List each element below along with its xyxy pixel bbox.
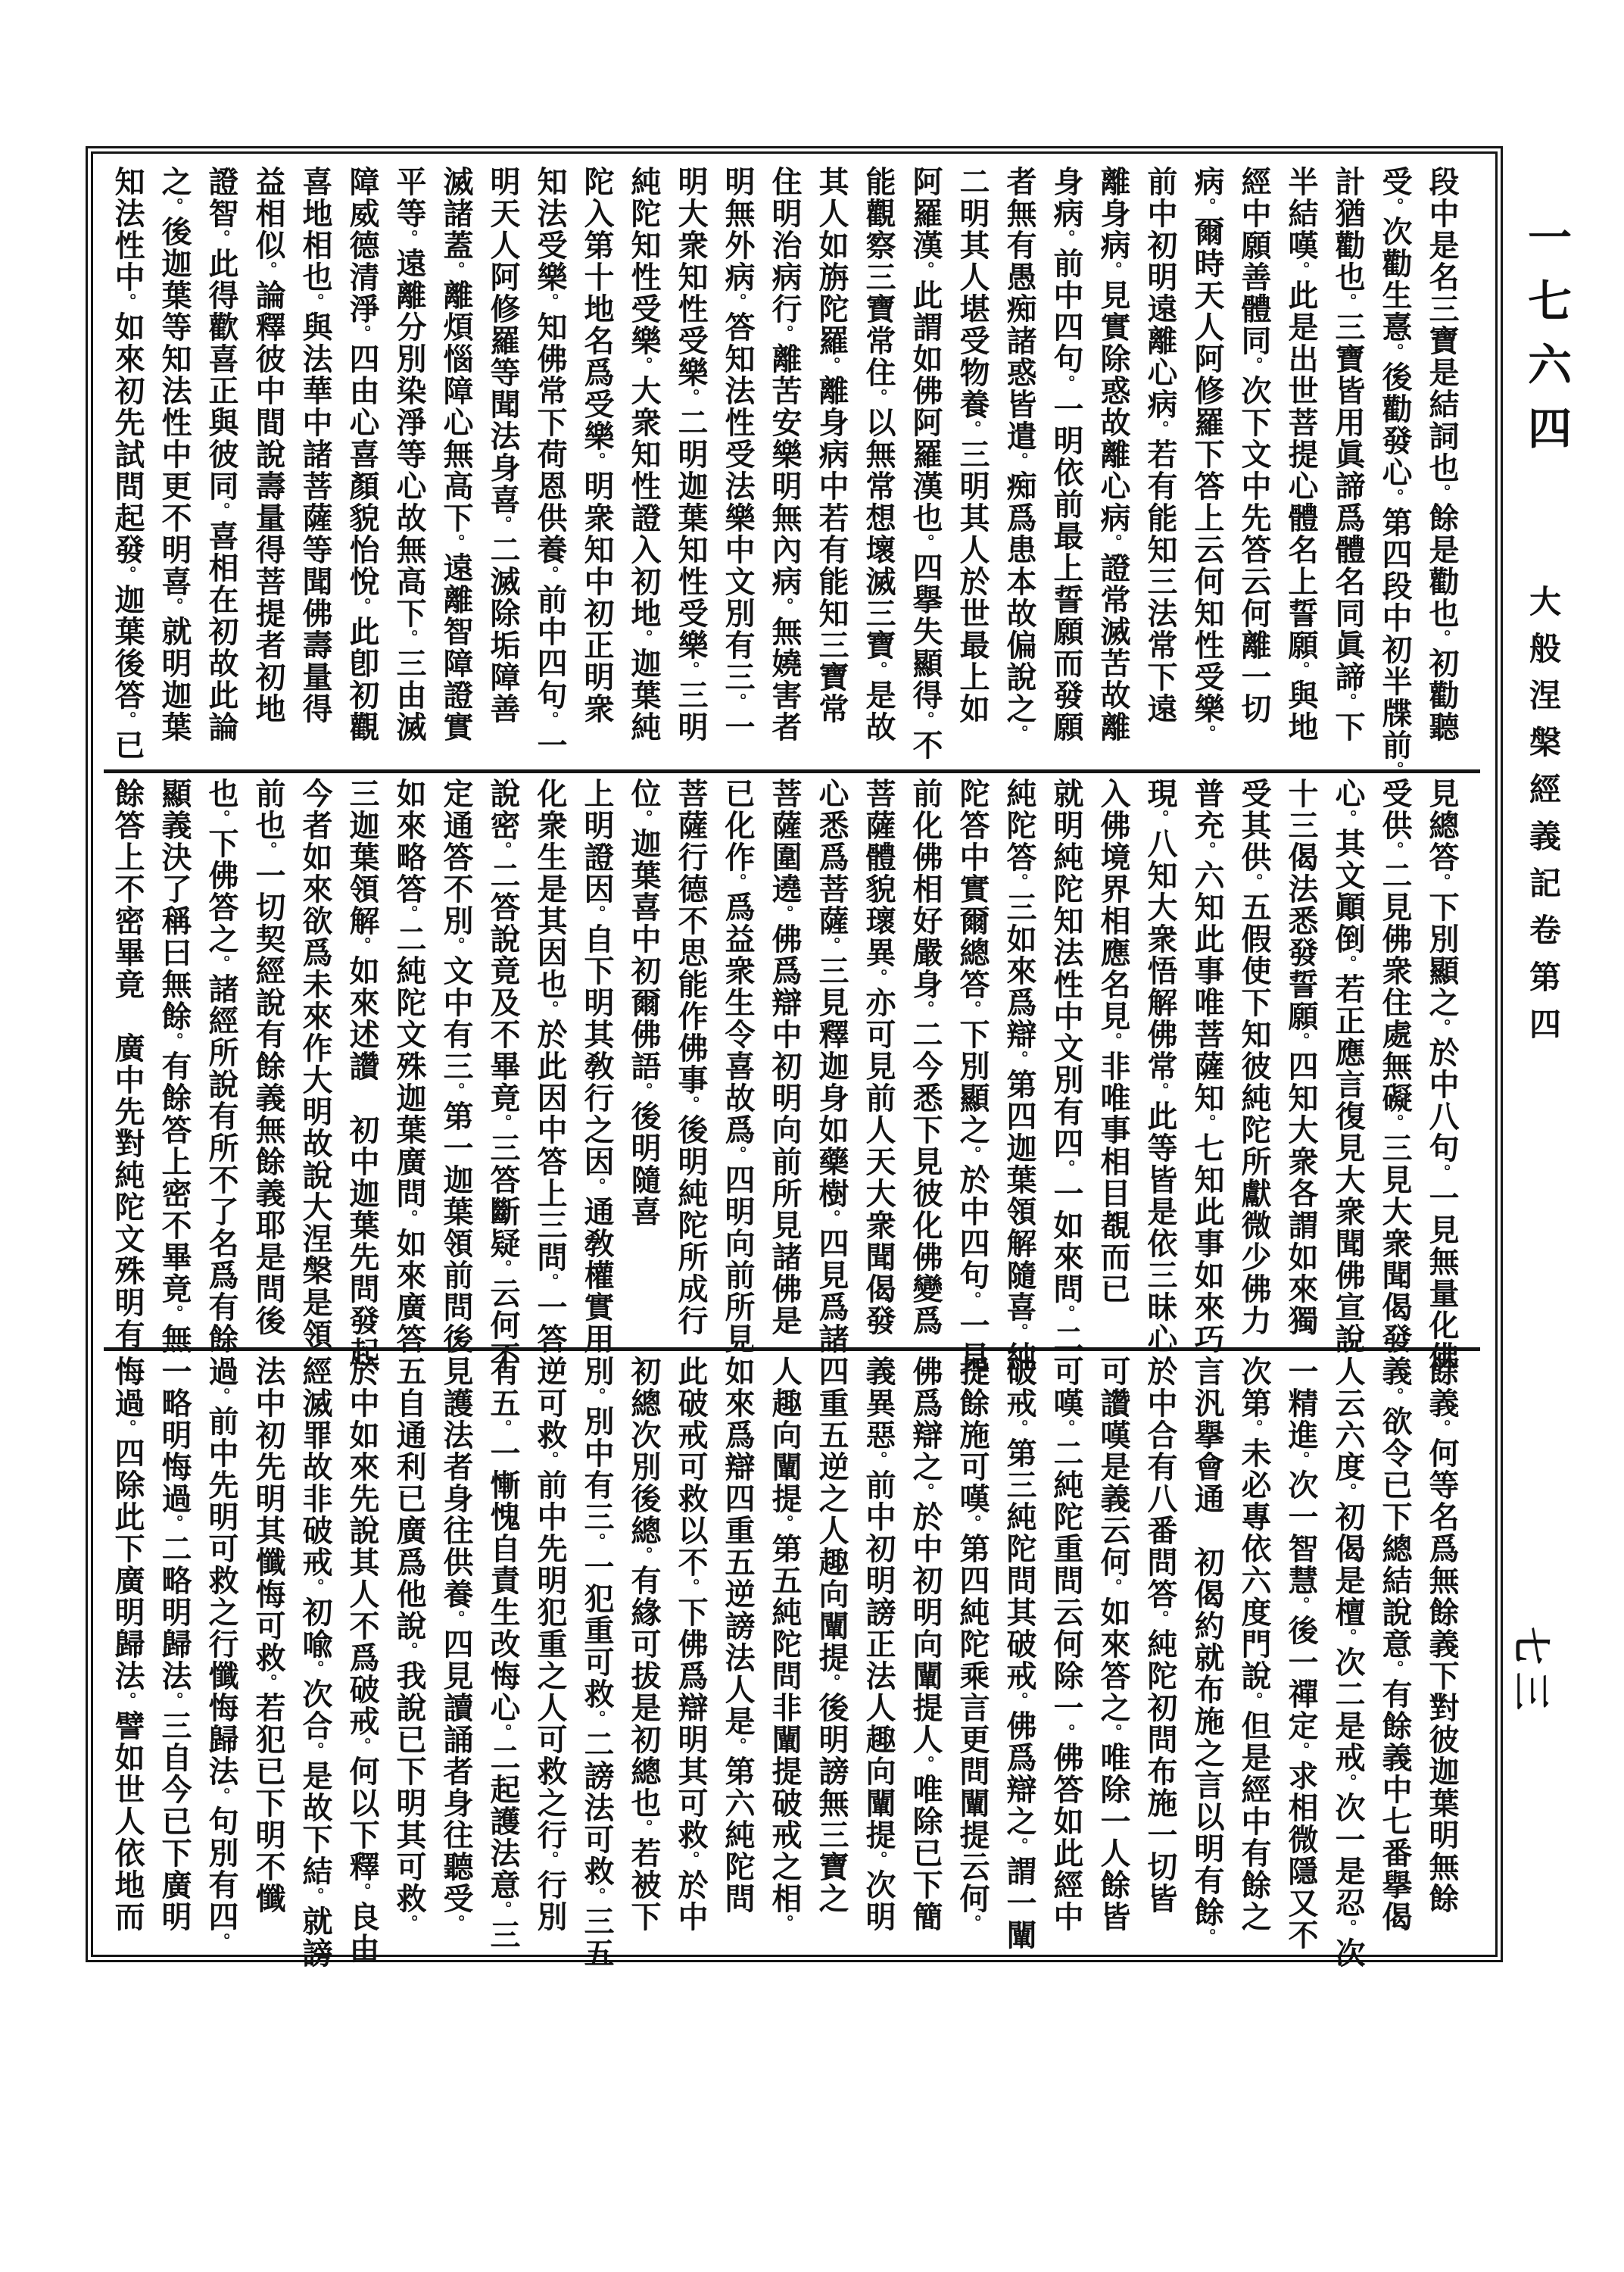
text-column: 受供。二見佛衆住處無礙。三見大衆聞偈發: [1371, 778, 1418, 1346]
text-column: 證智。此得歡喜正與彼同。喜相在初故此論: [198, 166, 245, 768]
text-column: 逆可救。前中先明犯重之人可救之行。行別: [526, 1356, 573, 1943]
text-column: 可讚嘆是義云何。如來答之。唯除一人餘皆: [1089, 1356, 1136, 1943]
text-band-middle: 見總答。下別顯之。於中八句。一見無量化佛受供。二見佛衆住處無礙。三見大衆聞偈發心…: [104, 778, 1465, 1346]
text-column: 障威德清淨。四由心喜顏貌怡悅。此卽初觀: [338, 166, 385, 768]
text-column: 喜地相也。與法華中諸菩薩等聞佛壽量得: [291, 166, 338, 768]
text-column: 別。別中有三。一犯重可救。二謗法可救。三五: [573, 1356, 620, 1943]
text-column: 平等。遠離分別染淨等心故無高下。三由滅: [385, 166, 432, 768]
text-column: 住明治病行。離苦安樂明無內病。無嬈害者: [761, 166, 808, 768]
text-column: 提餘施可嘆。第四純陀乘言更問闡提云何。: [949, 1356, 996, 1943]
text-column: 次第。未必專依六度門說。但是經中有餘之: [1230, 1356, 1277, 1943]
text-column: 義異惡。前中初明謗正法人趣向闡提。次明: [855, 1356, 902, 1943]
text-column: 計猶勸也。三寶皆用眞諦爲體名同眞諦。下: [1324, 166, 1371, 768]
text-column: 於中合有八番問答。純陀初問布施一切皆: [1136, 1356, 1183, 1943]
text-column: 言汎擧會通 初偈約就布施之言以明有餘。: [1183, 1356, 1230, 1943]
text-column: 餘答上不密畢竟 廣中先對純陀文殊明有: [104, 778, 151, 1346]
text-column: 其人如旃陀羅。離身病中若有能知三寶常: [808, 166, 855, 768]
text-column: 初總次別後總。有緣可拔是初總也。若被下: [620, 1356, 667, 1943]
text-column: 前化佛相好嚴身。二今悉下見彼化佛變爲: [902, 778, 949, 1346]
text-column: 純陀知性受樂。大衆知性證入初地。迦葉純: [620, 166, 667, 768]
text-column: 過。前中先明可救之行懺悔歸法。句別有四。: [198, 1356, 245, 1943]
text-column: 義。欲令已下總結說意。有餘義中七番擧偈: [1371, 1356, 1418, 1943]
text-column: 身病。前中四句。一明依前最上誓願而發願: [1043, 166, 1089, 768]
text-column: 一精進。次一智慧。後一禪定。求相微隱又不: [1277, 1356, 1324, 1943]
text-column: 陀答中實爾總答。下別顯之。於中四句。一見: [949, 778, 996, 1346]
text-column: 者無有愚痴諸惑皆遣。痴爲患本故偏說之。: [996, 166, 1043, 768]
text-column: 經滅罪故非破戒。初喩。次合。是故下結。就謗: [291, 1356, 338, 1943]
text-column: 前中初明遠離心病。若有能知三法常下遠: [1136, 166, 1183, 768]
page-number-header: 一七六四: [1514, 214, 1578, 469]
text-column: 現。八知大衆悟解佛常。此等皆是依三昧心: [1136, 778, 1183, 1346]
text-column: 佛爲辯之。於中初明向闡提人。唯除已下簡: [902, 1356, 949, 1943]
text-column: 位。迦葉喜中初爾佛語。後明隨喜: [620, 778, 667, 1346]
text-column: 之。後迦葉等知法性中更不明喜。就明迦葉: [151, 166, 198, 768]
text-column: 純陀答。三如來爲辯。第四迦葉領解隨喜。純: [996, 778, 1043, 1346]
text-column: 滅諸蓋。離煩惱障心無高下。遠離智障證實: [432, 166, 479, 768]
text-column: 上明證因。自下明其敎行之因。通敎權實用: [573, 778, 620, 1346]
text-column: 阿羅漢。此謂如佛阿羅漢也。四擧失顯得。不: [902, 166, 949, 768]
text-column: 知法受樂。知佛常下荷恩供養。前中四句。一: [526, 166, 573, 768]
text-column: 病。爾時天人阿修羅下答上云何知性受樂。: [1183, 166, 1230, 768]
text-column: 半結嘆。此是出世菩提心體名上誓願。與地: [1277, 166, 1324, 768]
text-column: 心悉爲菩薩。三見釋迦身如藥樹。四見爲諸: [808, 778, 855, 1346]
text-column: 前也。一切契經說有餘義無餘義耶是問後: [245, 778, 291, 1346]
text-column: 菩薩體貌瓌異。亦可見前人天大衆聞偈發: [855, 778, 902, 1346]
text-column: 也。下佛答之。諸經所說有所不了名爲有餘: [198, 778, 245, 1346]
text-column: 明無外病。答知法性受法樂中文別有三。一: [714, 166, 761, 768]
text-column: 心。其文顚倒。若正應言復見大衆聞佛宣說: [1324, 778, 1371, 1346]
text-column: 二明其人堪受物養。三明其人於世最上如: [949, 166, 996, 768]
text-column: 人趣向闡提。第五純陀問非闡提破戒之相。: [761, 1356, 808, 1943]
text-column: 今者如來欲爲未來作大明故說大涅槃是領: [291, 778, 338, 1346]
text-column: 普充。六知此事唯菩薩知。七知此事如來巧: [1183, 778, 1230, 1346]
text-column: 已化作。爲益衆生令喜故爲。四明向前所見: [714, 778, 761, 1346]
text-column: 說密。二答說竟及不畢竟。三答斷疑。云何不: [479, 778, 526, 1346]
text-column: 此破戒可救以不。下佛爲辯明其可救。於中: [667, 1356, 714, 1943]
text-column: 受。次勸生憙。後勸發心。第四段中初半牒前。: [1371, 166, 1418, 768]
text-box: 段中是名三寶是結詞也。餘是勸也。初勸聽受。次勸生憙。後勸發心。第四段中初半牒前。…: [86, 146, 1503, 1962]
text-column: 可嘆。二純陀重問云何除一。佛答如此經中: [1043, 1356, 1089, 1943]
text-column: 餘義。何等名爲無餘義下對彼迦葉明無餘: [1418, 1356, 1465, 1943]
text-column: 陀入第十地名爲受樂。明衆知中初正明衆: [573, 166, 620, 768]
text-column: 段中是名三寶是結詞也。餘是勸也。初勸聽: [1418, 166, 1465, 768]
text-column: 受其供。五假使下知彼純陀所獻微少佛力: [1230, 778, 1277, 1346]
text-column: 就明純陀知法性中文別有四。一如來問。二: [1043, 778, 1089, 1346]
text-band-bottom: 餘義。何等名爲無餘義下對彼迦葉明無餘義。欲令已下總結說意。有餘義中七番擧偈人云六…: [104, 1356, 1465, 1943]
text-column: 見總答。下別顯之。於中八句。一見無量化佛: [1418, 778, 1465, 1346]
text-column: 破戒。第三純陀問其破戒。佛爲辯之。謂一闡: [996, 1356, 1043, 1943]
text-column: 明大衆知性受樂。二明迦葉知性受樂。三明: [667, 166, 714, 768]
text-column: 入佛境界相應名見。非唯事相目覩而已: [1089, 778, 1136, 1346]
text-column: 定通答不別。文中有三。第一迦葉領前問後: [432, 778, 479, 1346]
text-column: 有五。一慚愧自責生改悔心。二起護法意。三: [479, 1356, 526, 1943]
text-band-top: 段中是名三寶是結詞也。餘是勸也。初勸聽受。次勸生憙。後勸發心。第四段中初半牒前。…: [104, 166, 1465, 768]
volume-title: 大般涅槃經義記卷第四: [1520, 585, 1566, 1054]
text-column: 離身病。見實除惑故離心病。證常滅苦故離: [1089, 166, 1136, 768]
text-column: 明天人阿修羅等聞法身喜。二滅除垢障善: [479, 166, 526, 768]
text-column: 十三偈法悉發誓願。四知大衆各謂如來獨: [1277, 778, 1324, 1346]
text-column: 如來略答。二純陀文殊迦葉廣問。如來廣答: [385, 778, 432, 1346]
text-column: 知法性中。如來初先試問起發。迦葉後答。已: [104, 166, 151, 768]
text-column: 益相似。論釋彼中間說壽量得菩提者初地: [245, 166, 291, 768]
scanned-sutra-page: 段中是名三寶是結詞也。餘是勸也。初勸聽受。次勸生憙。後勸發心。第四段中初半牒前。…: [0, 0, 1624, 2272]
text-column: 菩薩行德不思能作佛事。後明純陀所成行: [667, 778, 714, 1346]
text-column: 三迦葉領解。如來述讚 初中迦葉先問發起: [338, 778, 385, 1346]
text-column: 如來爲辯四重五逆謗法人是。第六純陀問: [714, 1356, 761, 1943]
band-divider: [104, 769, 1480, 773]
text-column: 一略明悔過。二略明歸法。三自今已下廣明: [151, 1356, 198, 1943]
text-column: 五自通利已廣爲他說。我說已下明其可救。: [385, 1356, 432, 1943]
text-column: 人云六度。初偈是檀。次二是戒。次一是忍。次: [1324, 1356, 1371, 1943]
side-folio-number: 七三: [1507, 1627, 1561, 1718]
text-column: 於中如來先說其人不爲破戒。何以下釋。良由: [338, 1356, 385, 1943]
text-column: 菩薩圍遶。佛爲辯中初明向前所見諸佛是: [761, 778, 808, 1346]
text-column: 法中初先明其懺悔可救。若犯已下明不懺: [245, 1356, 291, 1943]
text-column: 悔過。四除此下廣明歸法。譬如世人依地而: [104, 1356, 151, 1943]
text-column: 顯義決了稱曰無餘。有餘答上密不畢竟。無: [151, 778, 198, 1346]
text-column: 見護法者身往供養。四見讀誦者身往聽受。: [432, 1356, 479, 1943]
text-column: 能觀察三寶常住。以無常想壞滅三寶。是故: [855, 166, 902, 768]
text-column: 經中願善體同。次下文中先答云何離一切: [1230, 166, 1277, 768]
text-column: 化衆生是其因也。於此因中答上三問。一答: [526, 778, 573, 1346]
text-column: 四重五逆之人趣向闡提。後明謗無三寶之: [808, 1356, 855, 1943]
